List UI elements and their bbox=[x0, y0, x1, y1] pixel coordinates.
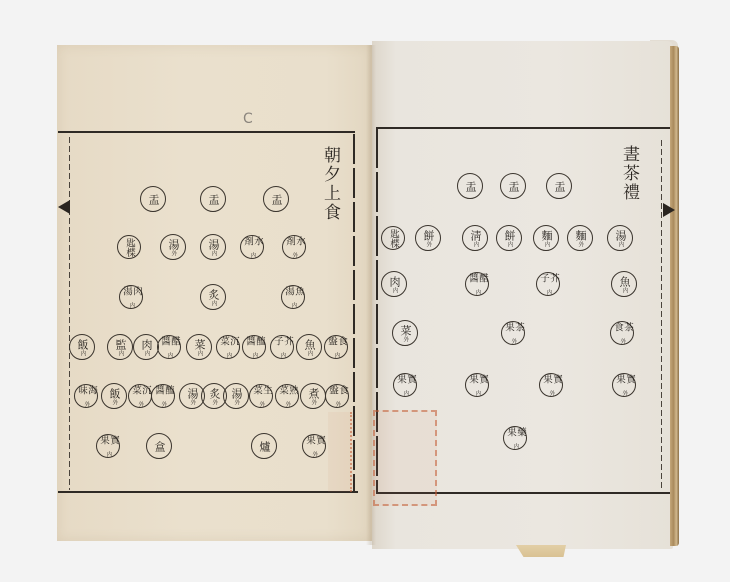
dish-label: 茶果 bbox=[503, 322, 523, 338]
dish-label: 爐 bbox=[259, 441, 269, 452]
dish-circle: 芥子内 bbox=[270, 335, 294, 359]
dish-label: 麵 bbox=[541, 230, 551, 241]
dish-sublabel: 外 bbox=[233, 399, 239, 405]
dish-sublabel: 内 bbox=[545, 289, 551, 295]
dish-circle: 實果内 bbox=[393, 373, 417, 397]
dish-sublabel: 内 bbox=[143, 350, 149, 356]
dish-circle: 淸内 bbox=[462, 225, 488, 251]
dish-circle: 匙楪 bbox=[381, 226, 405, 250]
dish-circle: 餅外 bbox=[415, 225, 441, 251]
dish-circle: 茶果外 bbox=[501, 321, 525, 345]
dish-circle: 湯内 bbox=[200, 234, 226, 260]
right-page-title: 晝茶禮 bbox=[617, 145, 642, 202]
left-frame-top bbox=[58, 131, 355, 133]
dish-sublabel: 内 bbox=[105, 451, 111, 457]
dish-label: 盂 bbox=[465, 181, 475, 192]
dish-circle: 盂 bbox=[200, 186, 226, 212]
dish-circle: 沉菜外 bbox=[128, 384, 152, 408]
dish-sublabel: 外 bbox=[258, 401, 264, 407]
dish-sublabel: 外 bbox=[334, 401, 340, 407]
dish-sublabel: 内 bbox=[474, 289, 480, 295]
dish-circle: 飯外 bbox=[101, 383, 127, 409]
dish-circle: 海味外 bbox=[74, 384, 98, 408]
dish-circle: 醋醬内 bbox=[465, 272, 489, 296]
seal-stamp bbox=[373, 410, 437, 506]
dish-label: 淸 bbox=[470, 230, 480, 241]
dish-sublabel: 内 bbox=[210, 300, 216, 306]
dish-label: 盂 bbox=[148, 194, 158, 205]
dish-sublabel: 内 bbox=[472, 241, 478, 247]
dish-circle: 湯外 bbox=[160, 234, 186, 260]
dish-circle: 湯内 bbox=[607, 225, 633, 251]
dish-sublabel: 外 bbox=[284, 401, 290, 407]
dish-label: 水剤 bbox=[242, 236, 262, 252]
dish-sublabel: 外 bbox=[189, 399, 195, 405]
dish-label: 炙 bbox=[208, 289, 218, 300]
dish-sublabel: 内 bbox=[617, 241, 623, 247]
dish-circle: 食盤内 bbox=[324, 335, 348, 359]
dish-circle: 芥子内 bbox=[536, 272, 560, 296]
dish-label: 盂 bbox=[271, 194, 281, 205]
dish-label: 監 bbox=[115, 339, 125, 350]
dish-label: 食盤 bbox=[327, 385, 347, 401]
dish-circle: 食盤外 bbox=[325, 384, 349, 408]
dish-sublabel: 外 bbox=[170, 250, 176, 256]
dish-label: 生菜 bbox=[251, 385, 271, 401]
dish-sublabel: 内 bbox=[279, 352, 285, 358]
dish-label: 水剤 bbox=[284, 236, 304, 252]
dish-label: 麵 bbox=[575, 230, 585, 241]
dish-circle: 實果外 bbox=[539, 373, 563, 397]
dish-label: 實果 bbox=[304, 435, 324, 451]
dish-circle: 實果外 bbox=[612, 373, 636, 397]
dish-sublabel: 内 bbox=[506, 241, 512, 247]
dish-circle: 魚内 bbox=[296, 334, 322, 360]
dish-label: 實果 bbox=[614, 374, 634, 390]
dish-label: 藥果 bbox=[505, 427, 525, 443]
bookmark-tab bbox=[516, 545, 566, 557]
dish-circle: 水剤内 bbox=[240, 235, 264, 259]
dish-circle: 爐 bbox=[251, 433, 277, 459]
dish-circle: 肉湯内 bbox=[119, 285, 143, 309]
dish-sublabel: 内 bbox=[249, 252, 255, 258]
dish-label: 實果 bbox=[541, 374, 561, 390]
dish-label: 魚 bbox=[619, 276, 629, 287]
dish-circle: 實果内 bbox=[96, 434, 120, 458]
dish-sublabel: 外 bbox=[548, 390, 554, 396]
dish-circle: 菜内 bbox=[186, 334, 212, 360]
dish-sublabel: 外 bbox=[619, 338, 625, 344]
dish-label: 匙楪 bbox=[388, 229, 398, 248]
dish-label: 飯 bbox=[109, 388, 119, 399]
left-frame-inner-left bbox=[69, 137, 70, 490]
dish-label: 實果 bbox=[395, 374, 415, 390]
dish-sublabel: 外 bbox=[160, 401, 166, 407]
dish-sublabel: 外 bbox=[111, 399, 117, 405]
dish-label: 飯 bbox=[77, 339, 87, 350]
dish-label: 醋醬 bbox=[467, 273, 487, 289]
seal-stamp-left-fragment bbox=[328, 412, 352, 492]
dish-label: 肉 bbox=[389, 276, 399, 287]
dish-circle: 醢醬外 bbox=[151, 384, 175, 408]
dish-sublabel: 内 bbox=[225, 352, 231, 358]
left-frame-right bbox=[353, 134, 355, 492]
dish-label: 實果 bbox=[98, 435, 118, 451]
dish-sublabel: 内 bbox=[402, 390, 408, 396]
dish-sublabel: 内 bbox=[333, 352, 339, 358]
dish-sublabel: 内 bbox=[117, 350, 123, 356]
dish-sublabel: 外 bbox=[402, 336, 408, 342]
right-frame-inner-right bbox=[661, 140, 662, 490]
dish-circle: 監内 bbox=[107, 334, 133, 360]
dish-label: 醢醬 bbox=[153, 385, 173, 401]
dish-sublabel: 内 bbox=[474, 390, 480, 396]
dish-circle: 飯内 bbox=[69, 334, 95, 360]
dish-circle: 麵外 bbox=[567, 225, 593, 251]
dish-circle: 沉菜内 bbox=[216, 335, 240, 359]
dish-label: 餅 bbox=[504, 230, 514, 241]
dish-sublabel: 内 bbox=[543, 241, 549, 247]
dish-circle: 茶食外 bbox=[610, 321, 634, 345]
dish-label: 芥子 bbox=[272, 336, 292, 352]
dish-sublabel: 内 bbox=[621, 287, 627, 293]
dish-circle: 熟菜外 bbox=[275, 384, 299, 408]
dish-circle: 煮外 bbox=[300, 383, 326, 409]
dish-label: 盂 bbox=[508, 181, 518, 192]
dish-circle: 水剤外 bbox=[282, 235, 306, 259]
dish-circle: 炙内 bbox=[200, 284, 226, 310]
dish-circle: 肉内 bbox=[133, 334, 159, 360]
dish-circle: 匙楪 bbox=[117, 235, 141, 259]
pencil-note: C bbox=[243, 111, 253, 127]
dish-circle: 盒 bbox=[146, 433, 172, 459]
dish-sublabel: 外 bbox=[510, 338, 516, 344]
dish-circle: 醢醬内 bbox=[242, 335, 266, 359]
dish-circle: 盂 bbox=[263, 186, 289, 212]
dish-label: 芥子 bbox=[538, 273, 558, 289]
dish-label: 菜 bbox=[194, 339, 204, 350]
dish-sublabel: 外 bbox=[211, 399, 217, 405]
dish-label: 湯 bbox=[168, 239, 178, 250]
dish-label: 肉湯 bbox=[121, 286, 141, 302]
dish-circle: 肉内 bbox=[381, 271, 407, 297]
dish-circle: 菜外 bbox=[392, 320, 418, 346]
dish-circle: 生菜外 bbox=[249, 384, 273, 408]
dish-sublabel: 内 bbox=[128, 302, 134, 308]
dish-sublabel: 内 bbox=[196, 350, 202, 356]
dish-sublabel: 内 bbox=[391, 287, 397, 293]
dish-circle: 盂 bbox=[457, 173, 483, 199]
book-fore-edge bbox=[670, 46, 679, 546]
dish-sublabel: 外 bbox=[425, 241, 431, 247]
left-frame-bottom bbox=[58, 491, 358, 493]
dish-label: 菜 bbox=[400, 325, 410, 336]
dish-label: 盂 bbox=[208, 194, 218, 205]
dish-sublabel: 外 bbox=[577, 241, 583, 247]
dish-circle: 實果外 bbox=[302, 434, 326, 458]
dish-label: 盒 bbox=[154, 441, 164, 452]
dish-sublabel: 外 bbox=[310, 399, 316, 405]
dish-sublabel: 内 bbox=[251, 352, 257, 358]
dish-label: 湯 bbox=[208, 239, 218, 250]
dish-label: 醢醬 bbox=[244, 336, 264, 352]
dish-sublabel: 内 bbox=[512, 443, 518, 449]
dish-label: 沉菜 bbox=[130, 385, 150, 401]
dish-sublabel: 外 bbox=[83, 401, 89, 407]
dish-label: 沉菜 bbox=[218, 336, 238, 352]
dish-label: 炙 bbox=[209, 388, 219, 399]
dish-label: 湯 bbox=[187, 388, 197, 399]
right-frame-top bbox=[376, 127, 670, 129]
dish-circle: 餅内 bbox=[496, 225, 522, 251]
dish-label: 魚 bbox=[304, 339, 314, 350]
dish-circle: 湯外 bbox=[223, 383, 249, 409]
dish-sublabel: 内 bbox=[306, 350, 312, 356]
dish-circle: 麵内 bbox=[533, 225, 559, 251]
dish-sublabel: 内 bbox=[290, 302, 296, 308]
dish-label: 餅 bbox=[423, 230, 433, 241]
dish-label: 實果 bbox=[467, 374, 487, 390]
dish-label: 湯 bbox=[615, 230, 625, 241]
dish-circle: 盂 bbox=[140, 186, 166, 212]
dish-label: 煮 bbox=[308, 388, 318, 399]
dish-circle: 魚湯内 bbox=[281, 285, 305, 309]
dish-circle: 盂 bbox=[546, 173, 572, 199]
left-page-title: 朝夕上食 bbox=[318, 146, 343, 222]
dish-circle: 醋醬内 bbox=[157, 335, 181, 359]
dish-sublabel: 外 bbox=[621, 390, 627, 396]
dish-label: 熟菜 bbox=[277, 385, 297, 401]
dish-label: 醋醬 bbox=[159, 336, 179, 352]
dish-label: 肉 bbox=[141, 339, 151, 350]
dish-label: 匙楪 bbox=[124, 238, 134, 257]
dish-circle: 藥果内 bbox=[503, 426, 527, 450]
dish-sublabel: 内 bbox=[210, 250, 216, 256]
dish-circle: 魚内 bbox=[611, 271, 637, 297]
dish-sublabel: 内 bbox=[166, 352, 172, 358]
dish-sublabel: 外 bbox=[291, 252, 297, 258]
dish-label: 茶食 bbox=[612, 322, 632, 338]
dish-label: 食盤 bbox=[326, 336, 346, 352]
dish-label: 湯 bbox=[231, 388, 241, 399]
dish-label: 盂 bbox=[554, 181, 564, 192]
dish-sublabel: 外 bbox=[137, 401, 143, 407]
dish-sublabel: 内 bbox=[79, 350, 85, 356]
dish-circle: 實果内 bbox=[465, 373, 489, 397]
dish-circle: 盂 bbox=[500, 173, 526, 199]
dish-label: 海味 bbox=[76, 385, 96, 401]
dish-sublabel: 外 bbox=[311, 451, 317, 457]
dish-label: 魚湯 bbox=[283, 286, 303, 302]
